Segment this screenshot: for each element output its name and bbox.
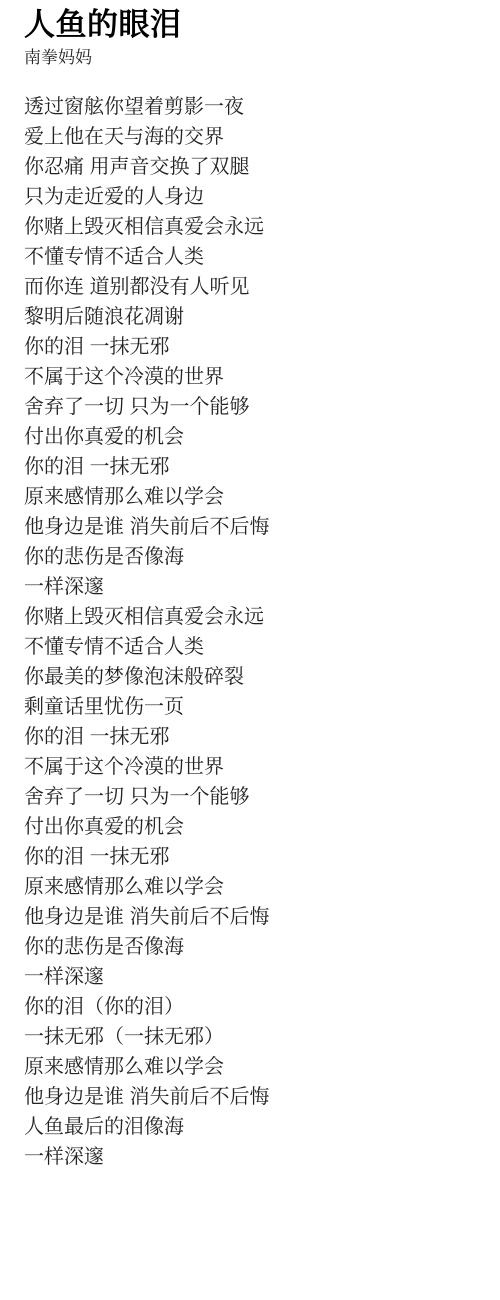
lyric-line: 你的泪 一抹无邪 — [24, 452, 476, 482]
lyric-line: 一样深邃 — [24, 572, 476, 602]
lyric-line: 不懂专情不适合人类 — [24, 632, 476, 662]
lyric-line: 他身边是谁 消失前后不后悔 — [24, 512, 476, 542]
lyric-line: 透过窗舷你望着剪影一夜 — [24, 92, 476, 122]
lyric-line: 不懂专情不适合人类 — [24, 242, 476, 272]
lyric-line: 原来感情那么难以学会 — [24, 1052, 476, 1082]
lyric-line: 只为走近爱的人身边 — [24, 182, 476, 212]
lyric-line: 你赌上毁灭相信真爱会永远 — [24, 212, 476, 242]
lyric-line: 你的悲伤是否像海 — [24, 542, 476, 572]
lyric-line: 你最美的梦像泡沫般碎裂 — [24, 662, 476, 692]
lyric-line: 你的悲伤是否像海 — [24, 932, 476, 962]
artist-name: 南拳妈妈 — [24, 46, 476, 70]
lyric-line: 黎明后随浪花凋谢 — [24, 302, 476, 332]
lyric-line: 舍弃了一切 只为一个能够 — [24, 782, 476, 812]
lyric-line: 一样深邃 — [24, 1142, 476, 1172]
lyric-line: 你忍痛 用声音交换了双腿 — [24, 152, 476, 182]
lyric-line: 爱上他在天与海的交界 — [24, 122, 476, 152]
lyric-line: 你赌上毁灭相信真爱会永远 — [24, 602, 476, 632]
lyric-line: 不属于这个冷漠的世界 — [24, 752, 476, 782]
lyric-line: 你的泪（你的泪） — [24, 992, 476, 1022]
lyric-line: 原来感情那么难以学会 — [24, 872, 476, 902]
lyric-line: 而你连 道别都没有人听见 — [24, 272, 476, 302]
lyric-line: 剩童话里忧伤一页 — [24, 692, 476, 722]
song-title: 人鱼的眼泪 — [24, 6, 476, 44]
lyric-line: 他身边是谁 消失前后不后悔 — [24, 902, 476, 932]
lyrics-page: 人鱼的眼泪 南拳妈妈 透过窗舷你望着剪影一夜爱上他在天与海的交界你忍痛 用声音交… — [0, 0, 500, 1212]
lyric-line: 他身边是谁 消失前后不后悔 — [24, 1082, 476, 1112]
lyrics-body: 透过窗舷你望着剪影一夜爱上他在天与海的交界你忍痛 用声音交换了双腿只为走近爱的人… — [24, 92, 476, 1172]
lyric-line: 付出你真爱的机会 — [24, 422, 476, 452]
lyric-line: 舍弃了一切 只为一个能够 — [24, 392, 476, 422]
lyric-line: 付出你真爱的机会 — [24, 812, 476, 842]
lyric-line: 你的泪 一抹无邪 — [24, 332, 476, 362]
lyric-line: 你的泪 一抹无邪 — [24, 842, 476, 872]
lyric-line: 人鱼最后的泪像海 — [24, 1112, 476, 1142]
lyric-line: 你的泪 一抹无邪 — [24, 722, 476, 752]
lyric-line: 不属于这个冷漠的世界 — [24, 362, 476, 392]
lyric-line: 一抹无邪（一抹无邪） — [24, 1022, 476, 1052]
lyric-line: 原来感情那么难以学会 — [24, 482, 476, 512]
lyric-line: 一样深邃 — [24, 962, 476, 992]
